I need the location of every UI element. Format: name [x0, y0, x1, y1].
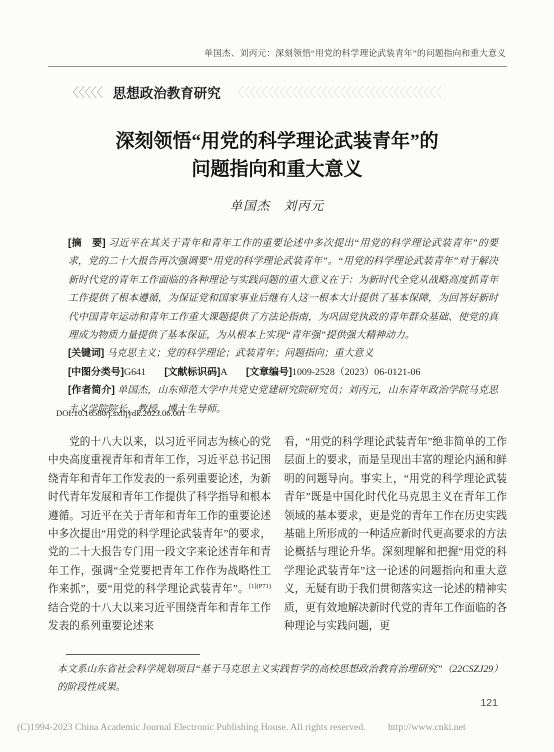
author-names: 单国杰 刘丙元: [0, 196, 554, 214]
running-header: 单国杰、刘丙元：深刻领悟“用党的科学理论武装青年”的问题指向和重大意义: [204, 47, 506, 59]
body-column-right: 看，“用党的科学理论武装青年”绝非简单的工作层面上的要求，而是呈现出丰富的理论内…: [284, 434, 507, 636]
body-columns: 党的十八大以来，以习近平同志为核心的党中央高度重视青年和青年工作，习近平总书记围…: [48, 434, 507, 636]
clc-number: [中图分类号]G641: [68, 367, 146, 378]
keywords-text: 马克思主义；党的科学理论；武装青年；问题指向；重大意义: [107, 348, 374, 359]
body-right-text: 看，“用党的科学理论武装青年”绝非简单的工作层面上的要求，而是呈现出丰富的理论内…: [284, 437, 507, 632]
citation-marker: [1](P71): [249, 583, 271, 590]
copyright-footer: (C)1994-2023 China Academic Journal Elec…: [17, 722, 544, 733]
cnki-url: http://www.cnki.net: [388, 722, 466, 733]
copyright-text: (C)1994-2023 China Academic Journal Elec…: [17, 722, 366, 733]
section-banner: 〈〈〈〈〈 思想政治教育研究 〈〈〈〈〈〈〈〈〈〈〈〈〈〈〈〈〈〈〈〈〈〈〈〈〈…: [66, 84, 504, 103]
footnote-divider: [66, 654, 200, 655]
body-column-left: 党的十八大以来，以习近平同志为核心的党中央高度重视青年和青年工作，习近平总书记围…: [48, 434, 271, 636]
keywords-label: [关键词]: [68, 348, 104, 359]
classification-line: [中图分类号]G641 [文献标识码]A [文章编号]1009-2528（202…: [68, 364, 498, 382]
doi: DOI:10.16580/j.sxlljydk.2023.06.001: [56, 408, 186, 418]
keywords: [关键词] 马克思主义；党的科学理论；武装青年；问题指向；重大意义: [68, 345, 498, 363]
abstract-text: 习近平在其关于青年和青年工作的重要论述中多次提出“用党的科学理论武装青年”的要求…: [68, 238, 498, 341]
page-number: 121: [480, 697, 498, 709]
author-bio-label: [作者简介]: [68, 385, 115, 396]
funding-footnote: 本文系山东省社会科学规划项目“基于马克思主义实践哲学的高校思想政治教育治理研究”…: [57, 661, 503, 696]
section-banner-label: 思想政治教育研究: [113, 86, 221, 101]
chevrons-right-icon: 〈〈〈〈〈〈〈〈〈〈〈〈〈〈〈〈〈〈〈〈〈〈〈〈〈〈〈〈〈〈〈〈〈〈: [231, 85, 442, 100]
abstract-label: [摘 要]: [68, 238, 106, 249]
body-left-text: 党的十八大以来，以习近平同志为核心的党中央高度重视青年和青年工作，习近平总书记围…: [48, 437, 271, 595]
abstract: [摘 要] 习近平在其关于青年和青年工作的重要论述中多次提出“用党的科学理论武装…: [68, 235, 498, 345]
journal-page: 单国杰、刘丙元：深刻领悟“用党的科学理论武装青年”的问题指向和重大意义 〈〈〈〈…: [0, 0, 554, 752]
header-divider: [48, 66, 507, 67]
body-left-text-continued: 结合党的十八大以来习近平围绕青年和青年工作发表的系列重要论述来: [48, 603, 271, 632]
metadata-block: [摘 要] 习近平在其关于青年和青年工作的重要论述中多次提出“用党的科学理论武装…: [68, 235, 498, 419]
article-title-line2: 问题指向和重大意义: [0, 156, 554, 183]
document-code: [文献标识码]A: [164, 367, 227, 378]
chevrons-left-icon: 〈〈〈〈〈: [66, 85, 103, 100]
article-title-line1: 深刻领悟“用党的科学理论武装青年”的: [0, 128, 554, 155]
article-id: [文章编号]1009-2528（2023）06-0121-06: [246, 367, 420, 378]
